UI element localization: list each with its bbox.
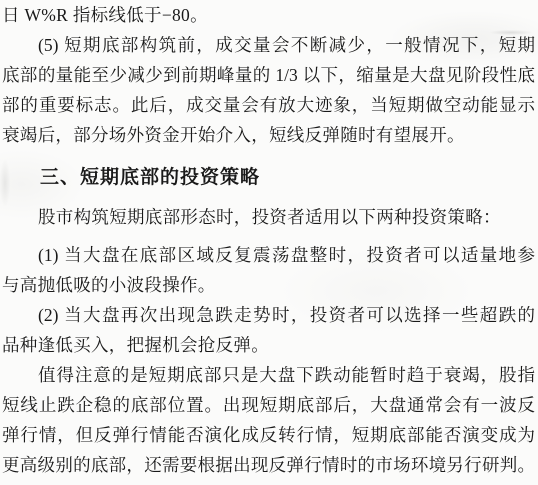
text-line: (2) 当大盘再次出现急跌走势时，投资者可以选择一些超跌的 [2, 300, 535, 330]
text-line: 更高级别的底部，还需要根据出现反弹行情时的市场环境另行研判。 [2, 450, 535, 480]
text-line: 衰竭后，部分场外资金开始介入，短线反弹随时有望展开。 [2, 120, 535, 150]
text-line: 部的重要标志。此后，成交量会有放大迹象，当短期做空动能显示 [2, 90, 535, 120]
text-line: 值得注意的是短期底部只是大盘下跌动能暂时趋于衰竭，股指 [2, 360, 535, 390]
text-line: 日 W%R 指标线低于−80。 [2, 0, 535, 30]
text-line: 底部的量能至少减少到前期峰量的 1/3 以下，缩量是大盘见阶段性底 [2, 60, 535, 90]
text-line: 品种逢低买入，把握机会抢反弹。 [2, 330, 535, 360]
text-line: (1) 当大盘在底部区域反复震荡盘整时，投资者可以适量地参 [2, 240, 535, 270]
book-page: 日 W%R 指标线低于−80。 (5) 短期底部构筑前，成交量会不断减少，一般情… [0, 0, 538, 485]
text-line: 短线止跌企稳的底部位置。出现短期底部后，大盘通常会有一波反 [2, 390, 535, 420]
text-line: 股市构筑短期底部形态时，投资者适用以下两种投资策略： [2, 202, 535, 232]
section-heading: 三、短期底部的投资策略 [2, 162, 535, 194]
text-line: 弹行情，但反弹行情能否演化成反转行情，短期底部能否演变成为 [2, 420, 535, 450]
text-line: 与高抛低吸的小波段操作。 [2, 270, 535, 300]
text-line: (5) 短期底部构筑前，成交量会不断减少，一般情况下，短期 [2, 30, 535, 60]
